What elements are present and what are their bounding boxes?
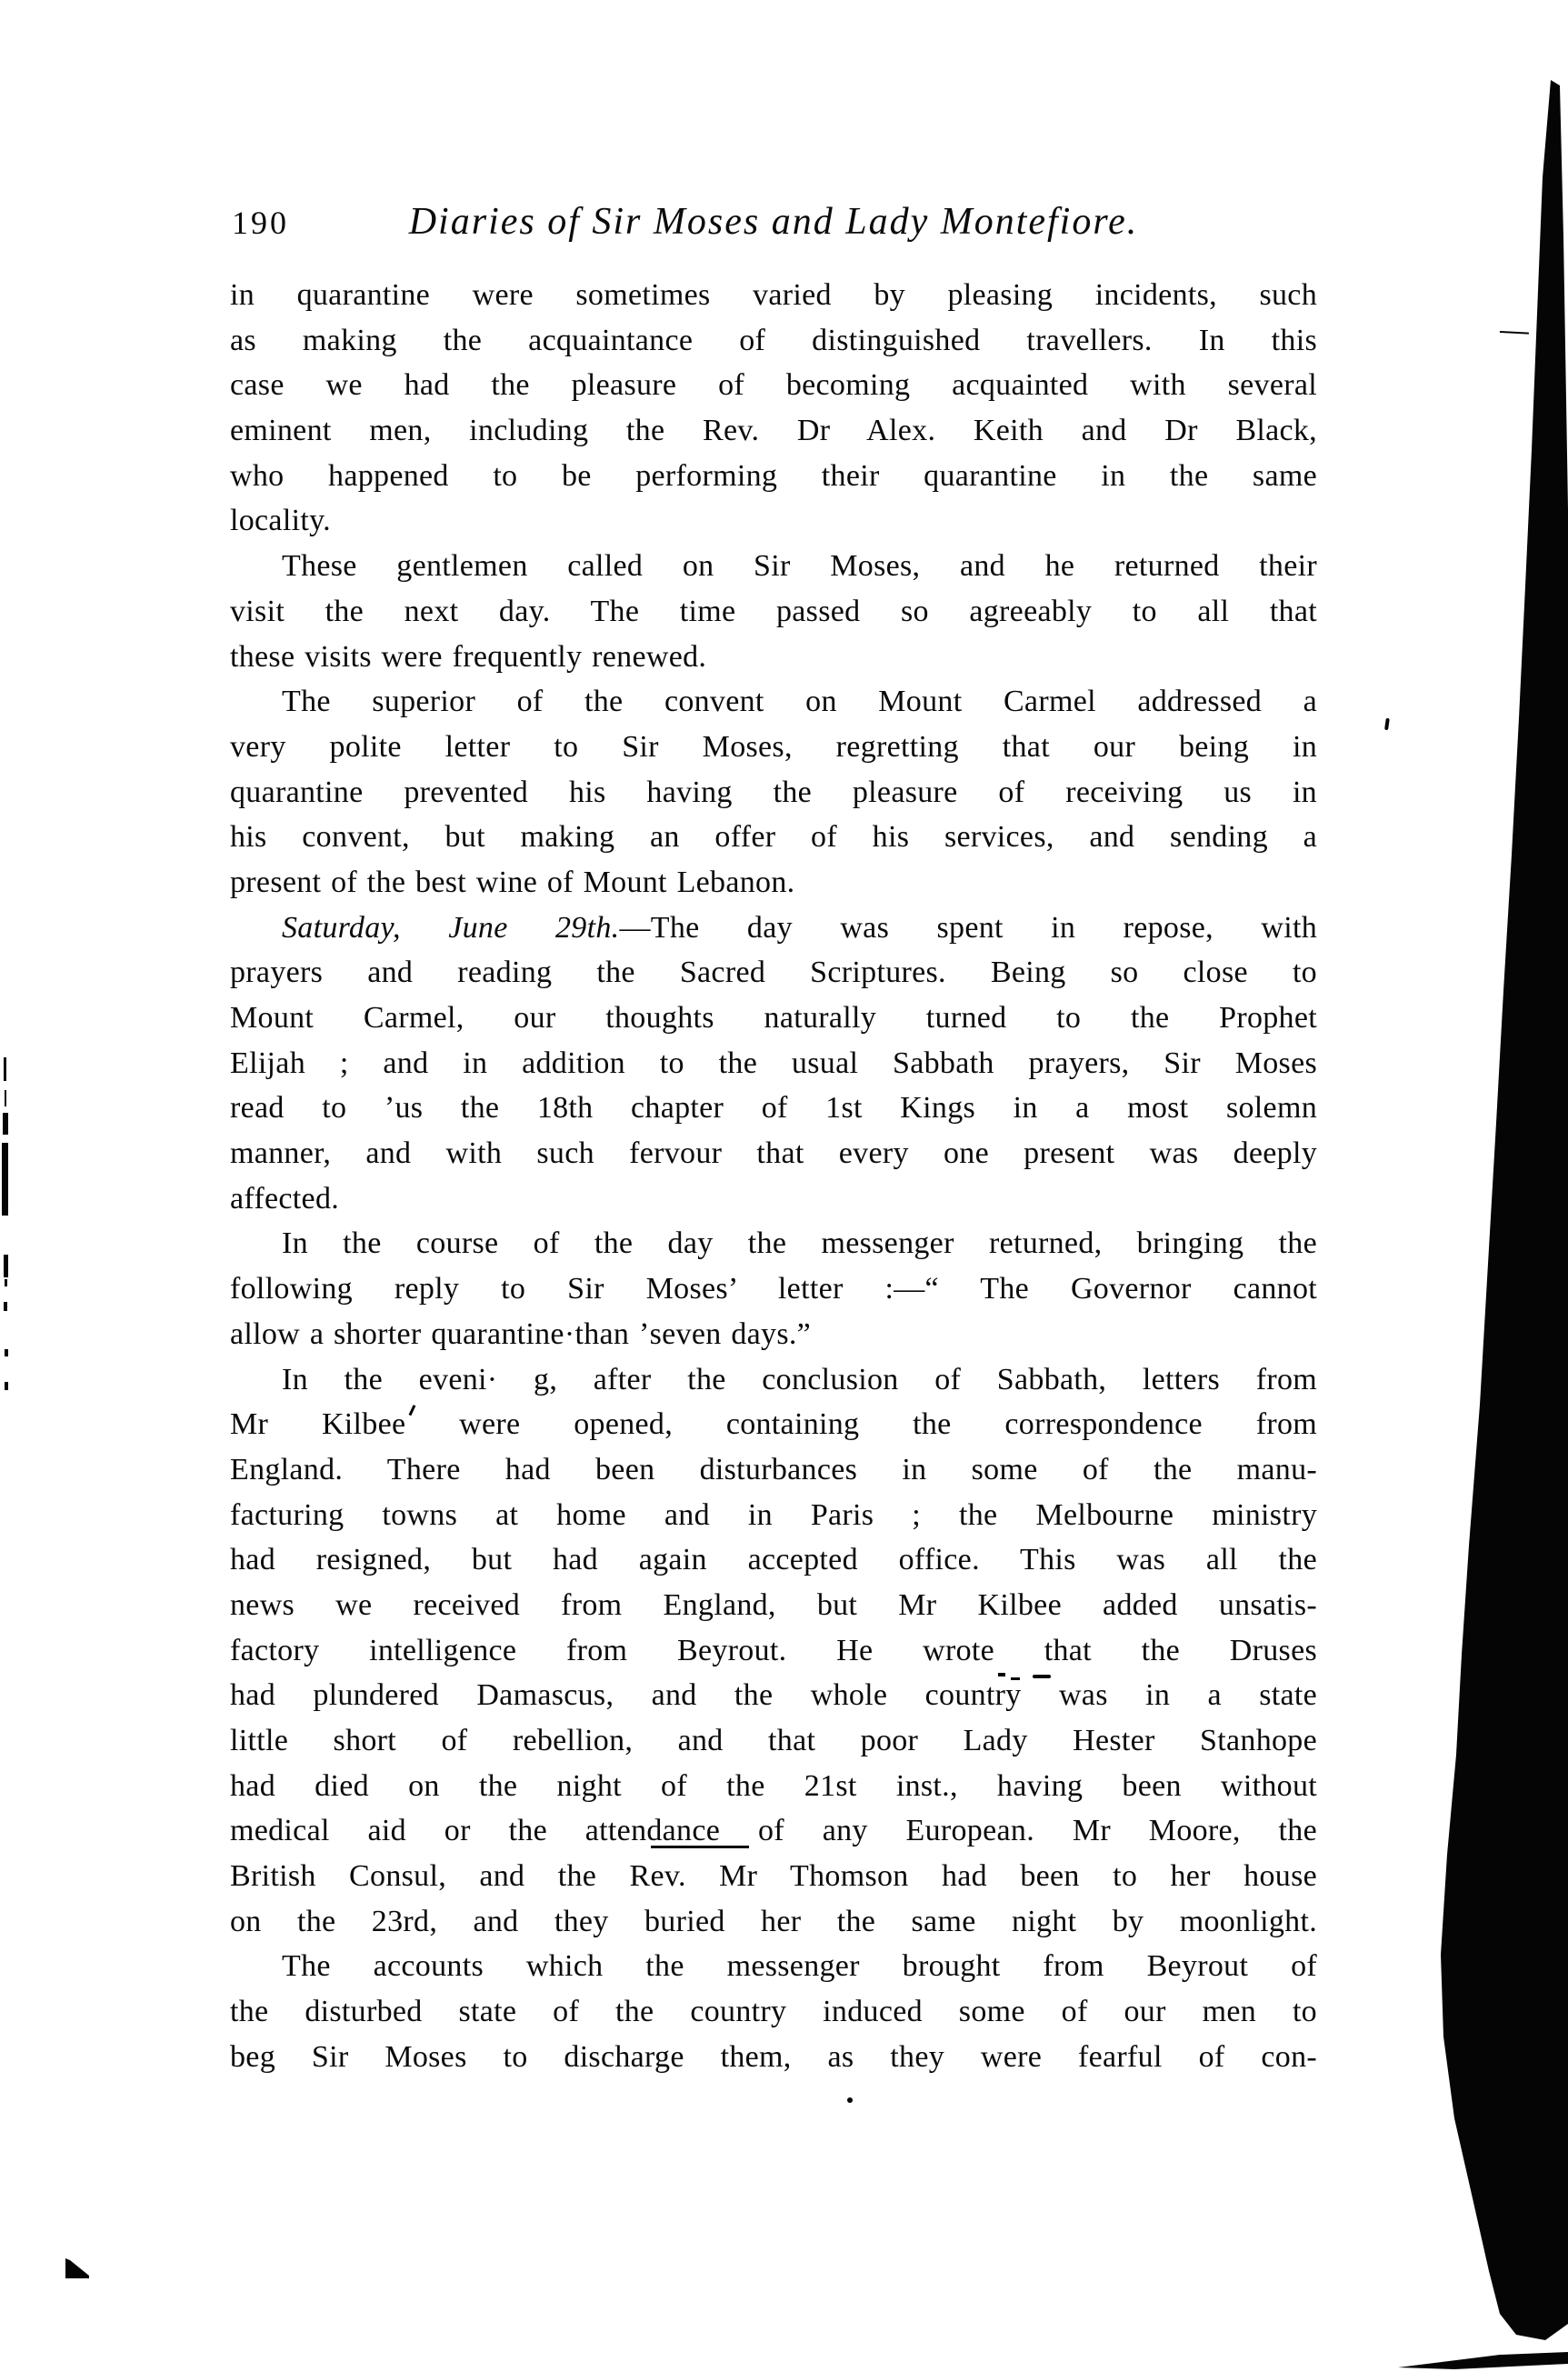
text-line: these visits were frequently renewed.	[230, 635, 1317, 680]
text-line: had plundered Damascus, and the whole co…	[230, 1673, 1317, 1718]
text-line: In the course of the day the messenger r…	[230, 1221, 1317, 1266]
text-line: Mr Kilbee were opened, containing the co…	[230, 1402, 1317, 1447]
scan-artifact-left-margin-specks	[2, 1057, 8, 1390]
text-line: visit the next day. The time passed so a…	[230, 589, 1317, 635]
book-page: 190 Diaries of Sir Moses and Lady Montef…	[0, 0, 1568, 2372]
text-line: locality.	[230, 498, 1317, 544]
text-line: eminent men, including the Rev. Dr Alex.…	[230, 408, 1317, 454]
text-line: case we had the pleasure of becoming acq…	[230, 363, 1317, 408]
text-line: beg Sir Moses to discharge them, as they…	[230, 2035, 1317, 2080]
text-line: little short of rebellion, and that poor…	[230, 1718, 1317, 1764]
text-line: in quarantine were sometimes varied by p…	[230, 273, 1317, 318]
text-line: had died on the night of the 21st inst.,…	[230, 1764, 1317, 1809]
text-line: In the eveni· g, after the conclusion of…	[230, 1357, 1317, 1403]
text-line: had resigned, but had again accepted off…	[230, 1537, 1317, 1583]
text-line: very polite letter to Sir Moses, regrett…	[230, 725, 1317, 770]
text-line: read to ʼus the 18th chapter of 1st King…	[230, 1086, 1317, 1131]
text-line: Saturday, June 29th.—The day was spent i…	[230, 906, 1317, 951]
scan-artifact-bottom-left-triangle	[65, 2258, 89, 2278]
text-line: following reply to Sir Moses’ letter :—“…	[230, 1266, 1317, 1312]
text-line: affected.	[230, 1176, 1317, 1222]
running-title: Diaries of Sir Moses and Lady Montefiore…	[230, 196, 1317, 247]
page-number: 190	[232, 204, 289, 242]
scan-artifact-right-edge	[1441, 80, 1568, 2340]
text-line: British Consul, and the Rev. Mr Thomson …	[230, 1854, 1317, 1899]
text-line: Elijah ; and in addition to the usual Sa…	[230, 1041, 1317, 1086]
text-line: news we received from England, but Mr Ki…	[230, 1583, 1317, 1628]
text-line: present of the best wine of Mount Lebano…	[230, 860, 1317, 906]
text-line: quarantine prevented his having the plea…	[230, 770, 1317, 816]
text-line: allow a shorter quarantine·than ʼseven d…	[230, 1312, 1317, 1357]
text-line: his convent, but making an offer of his …	[230, 815, 1317, 860]
text-line: on the 23rd, and they buried her the sam…	[230, 1899, 1317, 1945]
page-header: 190 Diaries of Sir Moses and Lady Montef…	[230, 196, 1317, 251]
page-body: in quarantine were sometimes varied by p…	[230, 273, 1317, 2080]
text-line: who happened to be performing their quar…	[230, 454, 1317, 499]
text-line: factory intelligence from Beyrout. He wr…	[230, 1628, 1317, 1674]
text-line: prayers and reading the Sacred Scripture…	[230, 950, 1317, 996]
text-line: as making the acquaintance of distinguis…	[230, 318, 1317, 364]
text-line: the disturbed state of the country induc…	[230, 1989, 1317, 2035]
text-line: These gentlemen called on Sir Moses, and…	[230, 544, 1317, 589]
text-line: manner, and with such fervour that every…	[230, 1131, 1317, 1176]
text-line: England. There had been disturbances in …	[230, 1447, 1317, 1493]
text-line: The accounts which the messenger brought…	[230, 1944, 1317, 1989]
text-line: medical aid or the attendance of any Eur…	[230, 1808, 1317, 1854]
text-line: facturing towns at home and in Paris ; t…	[230, 1493, 1317, 1538]
text-line: The superior of the convent on Mount Car…	[230, 679, 1317, 725]
text-line: Mount Carmel, our thoughts naturally tur…	[230, 996, 1317, 1041]
scan-artifact-bottom-sliver	[1398, 2352, 1568, 2369]
